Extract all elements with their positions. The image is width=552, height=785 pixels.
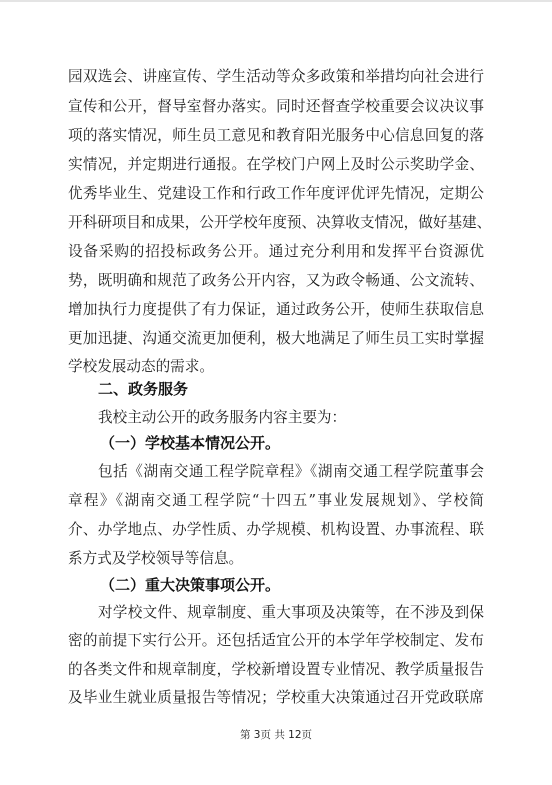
paragraph-line: 优秀毕业生、党建设工作和行政工作年度评优评先情况，定期公 (68, 183, 484, 205)
paragraph-line: 对学校文件、规章制度、重大事项及决策等，在不涉及到保 (98, 602, 484, 624)
subsection-heading: （二）重大决策事项公开。 (100, 574, 280, 596)
paragraph-line: 及毕业生就业质量报告等情况；学校重大决策通过召开党政联席 (68, 687, 484, 709)
document-page: 园双选会、讲座宣传、学生活动等众多政策和举措均向社会进行 宣传和公开，督导室督办… (0, 0, 552, 785)
paragraph-line: 宣传和公开，督导室督办落实。同时还督查学校重要会议决议事 (68, 96, 484, 118)
paragraph-line: 实情况，并定期进行通报。在学校门户网上及时公示奖助学金、 (68, 154, 484, 176)
paragraph-line: 开科研项目和成果，公开学校年度预、决算收支情况，做好基建、 (68, 212, 484, 234)
paragraph-line: 项的落实情况，师生员工意见和教育阳光服务中心信息回复的落 (68, 125, 484, 147)
paragraph-line: 学校发展动态的需求。 (68, 356, 484, 378)
paragraph-line: 更加迅捷、沟通交流更加便利，极大地满足了师生员工实时掌握 (68, 328, 484, 350)
subsection-heading: （一）学校基本情况公开。 (100, 432, 280, 454)
paragraph-line: 园双选会、讲座宣传、学生活动等众多政策和举措均向社会进行 (68, 66, 484, 88)
paragraph-line: 包括《湖南交通工程学院章程》《湖南交通工程学院董事会 (98, 461, 484, 483)
paragraph-line: 密的前提下实行公开。还包括适宜公开的本学年学校制定、发布 (68, 630, 484, 652)
section-intro: 我校主动公开的政务服务内容主要为： (98, 407, 484, 429)
paragraph-line: 章程》《湖南交通工程学院“十四五”事业发展规划》、学校简 (68, 490, 484, 512)
paragraph-line: 势，既明确和规范了政务公开内容，又为政令畅通、公文流转、 (68, 270, 484, 292)
paragraph-line: 介、办学地点、办学性质、办学规模、机构设置、办事流程、联 (68, 519, 484, 541)
paragraph-line: 系方式及学校领导等信息。 (68, 548, 484, 570)
section-heading: 二、政务服务 (98, 378, 188, 400)
paragraph-line: 的各类文件和规章制度，学校新增设置专业情况、教学质量报告 (68, 659, 484, 681)
paragraph-line: 增加执行力度提供了有力保证，通过政务公开，使师生获取信息 (68, 299, 484, 321)
page-number-footer: 第 3页 共 12页 (0, 727, 552, 743)
paragraph-line: 设备采购的招投标政务公开。通过充分利用和发挥平台资源优 (68, 241, 484, 263)
